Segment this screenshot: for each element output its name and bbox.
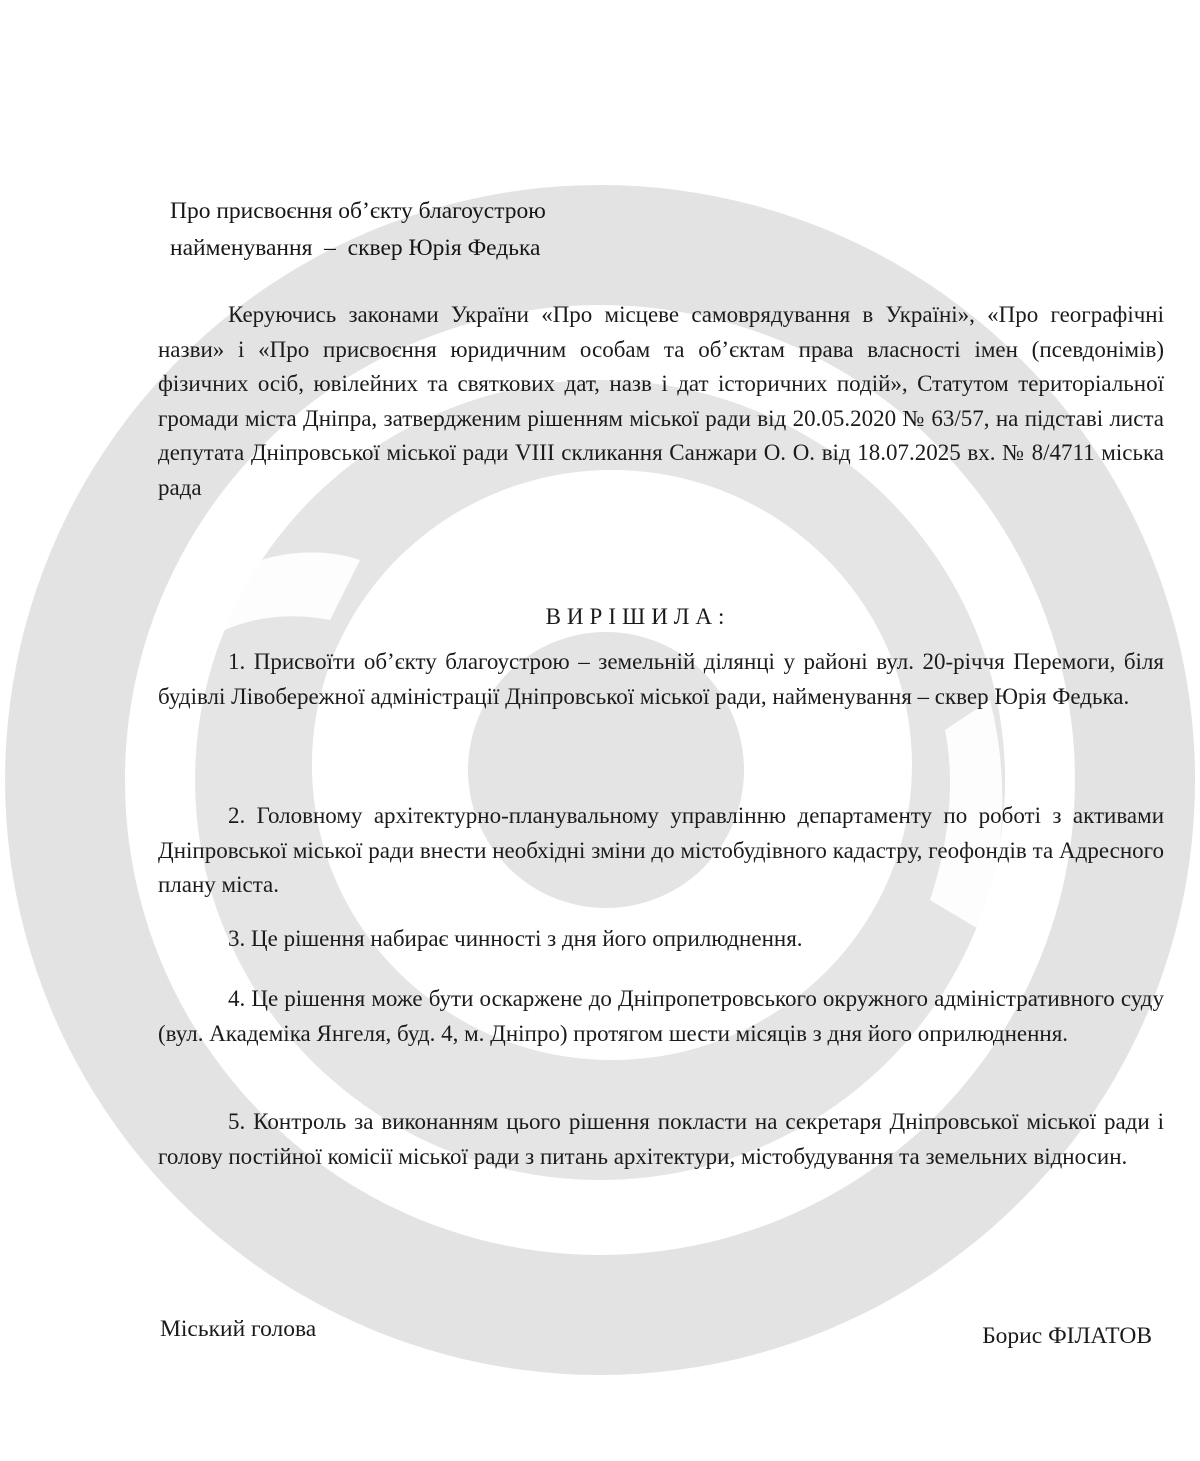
decision-item-1: 1. Присвоїти об’єкту благоустрою – земел… [158,645,1164,714]
document-page: Про присвоєння об’єкту благоустрою найме… [0,0,1200,1461]
signature-position: Міський голова [160,1316,316,1343]
title-line-2: найменування – сквер Юрія Федька [170,230,690,267]
decision-item-5: 5. Контроль за виконанням цього рішення … [158,1105,1164,1174]
title-line-1: Про присвоєння об’єкту благоустрою [170,193,690,230]
decision-heading: ВИРІШИЛА: [0,604,1200,630]
decision-item-2: 2. Головному архітектурно-планувальному … [158,799,1164,903]
preamble-paragraph: Керуючись законами України «Про місцеве … [158,298,1164,506]
decision-item-3: 3. Це рішення набирає чинності з дня йог… [158,922,1164,957]
document-title: Про присвоєння об’єкту благоустрою найме… [170,193,690,267]
signature-name: Борис ФІЛАТОВ [982,1323,1152,1350]
decision-item-4: 4. Це рішення може бути оскаржене до Дні… [158,982,1164,1051]
